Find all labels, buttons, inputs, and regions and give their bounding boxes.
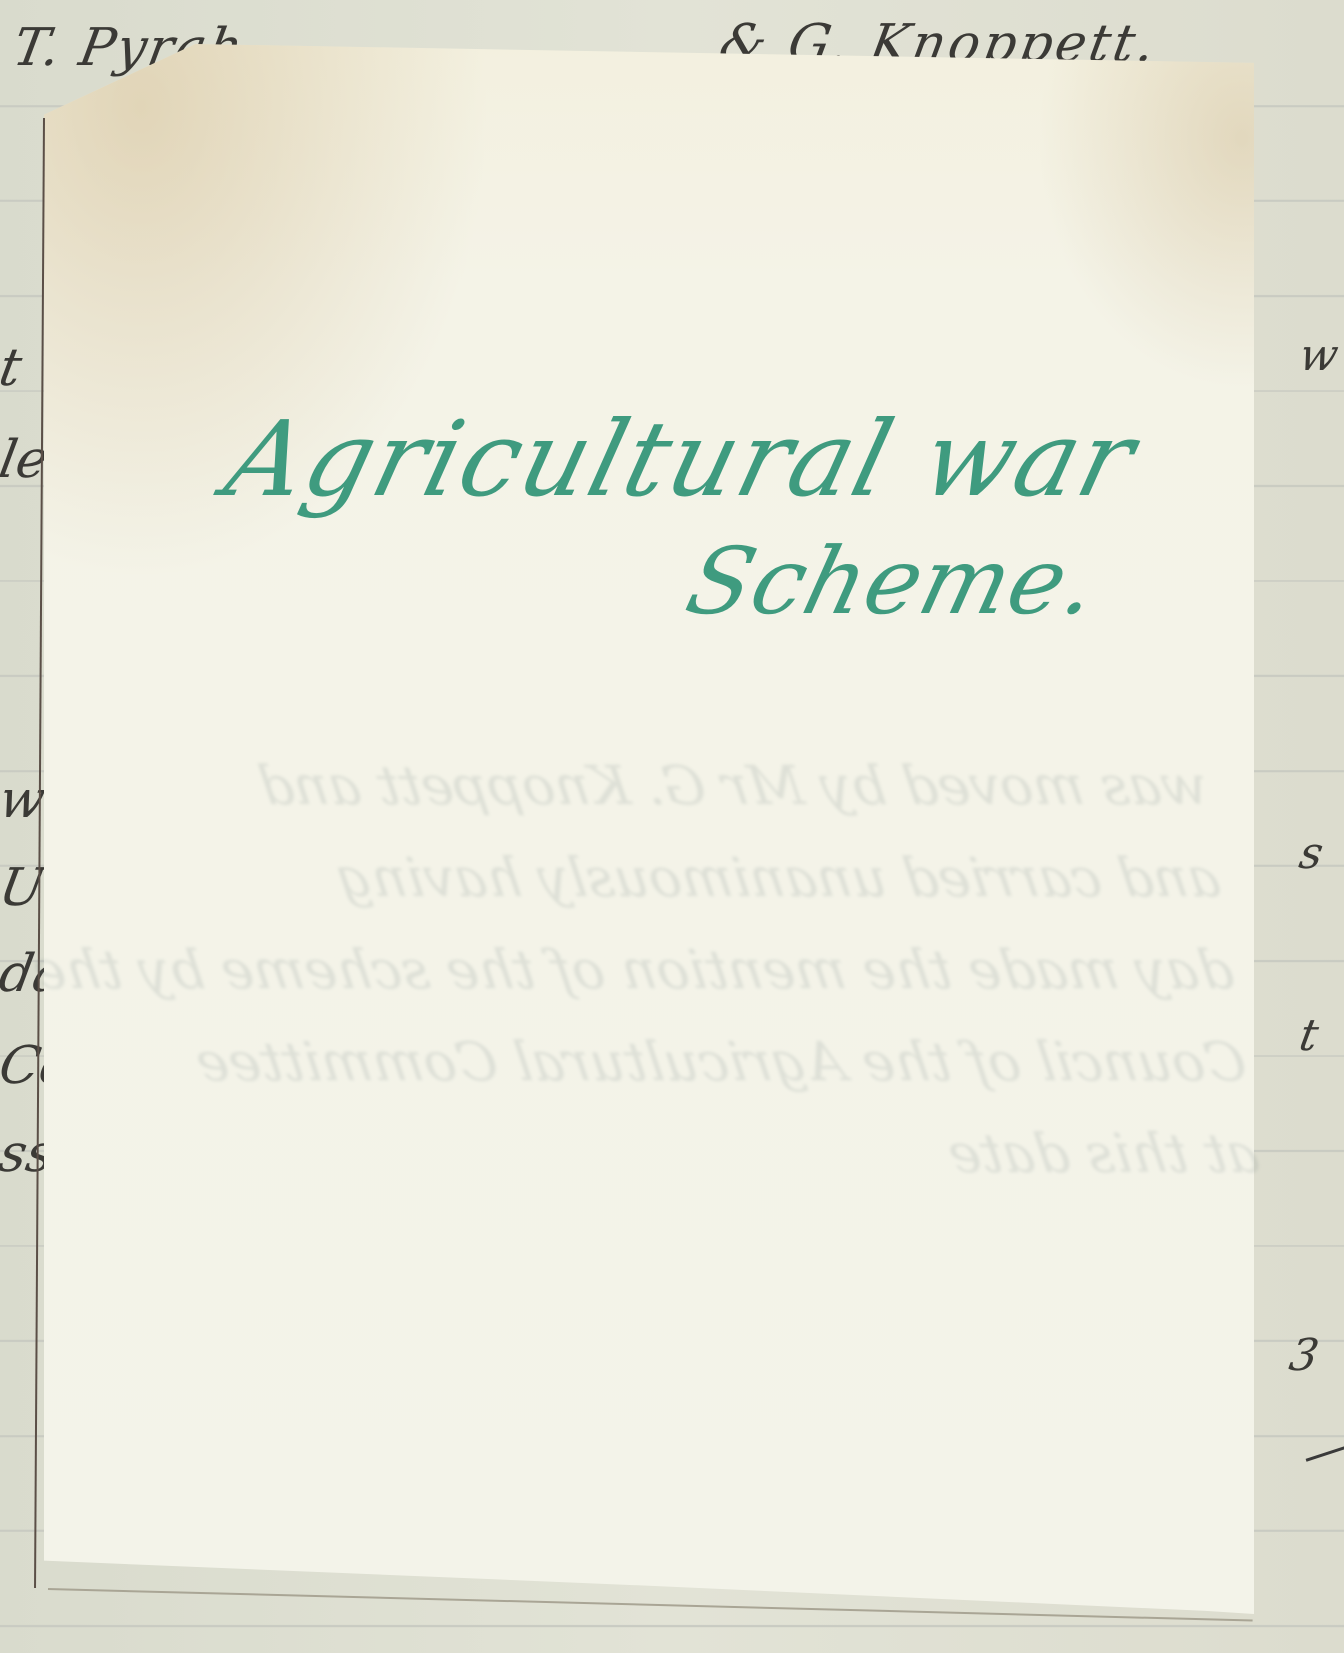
ledger-margin-fragment: t [0, 338, 26, 398]
ledger-margin-fragment: U [0, 858, 49, 918]
note-heading-line-1: Agricultural war [215, 398, 1148, 520]
bleed-line: and carried unanimously having [103, 832, 1226, 924]
ledger-margin-fragment: w [0, 770, 50, 830]
bleed-line: was moved by Mr G. Knoppett and [90, 740, 1213, 832]
ledger-margin-fragment: w [1296, 330, 1343, 381]
note-heading-line-2: Scheme. [677, 528, 1110, 635]
ledger-margin-fragment: 3 [1286, 1330, 1323, 1381]
ledger-margin-fragment: s [1296, 828, 1328, 879]
bleed-line: Council of the Agricultural Committee [129, 1016, 1252, 1108]
ledger-margin-fragment: t [1296, 1010, 1323, 1061]
ledger-pen-stroke [1306, 1445, 1344, 1461]
bleed-line: day made the mention of the scheme by th… [116, 924, 1239, 1016]
bleed-line: at this date [142, 1108, 1265, 1200]
bleed-through-text: was moved by Mr G. Knoppett and and carr… [90, 740, 1259, 1160]
